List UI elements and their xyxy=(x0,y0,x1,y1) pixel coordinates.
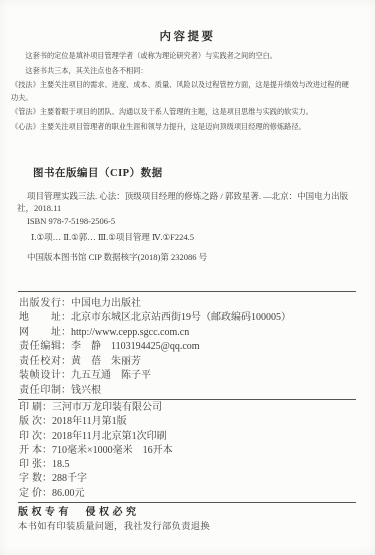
printing-row-label: 印张 xyxy=(19,458,42,472)
printing-row-value: 2018年11月北京第1次印刷 xyxy=(52,431,167,442)
publication-row-label: 装帧设计 xyxy=(19,369,61,384)
printing-row: 印刷：三河市万龙印装有限公司 xyxy=(19,401,367,415)
colon-separator: ： xyxy=(61,327,71,338)
colon-separator: ： xyxy=(42,416,52,427)
publication-row-value: http://www.cepp.sgcc.com.cn xyxy=(71,327,189,338)
printing-row-value: 710毫米×1000毫米 16开本 xyxy=(52,445,173,456)
colon-separator: ： xyxy=(61,385,71,396)
colon-separator: ： xyxy=(42,431,52,442)
publication-row-value: 北京市东城区北京站西街19号（邮政编码100005） xyxy=(71,312,291,323)
printing-row-label: 印刷 xyxy=(19,401,42,415)
cip-isbn: ISBN 978-7-5198-2506-5 xyxy=(27,216,367,227)
colon-separator: ： xyxy=(42,473,52,484)
copyright-notice: 版权专有 侵权必究 xyxy=(18,506,358,520)
printing-row-label: 印次 xyxy=(19,430,42,444)
printing-row: 印张：18.5 xyxy=(19,458,367,472)
summary-paragraph: 《技法》主要关注项目的需求、进度、成本、质量、风险以及过程管控方面，这是提升绩效… xyxy=(11,79,368,104)
printing-row-value: 18.5 xyxy=(52,459,70,470)
cip-entry: 项目管理实践三法. 心法：顶级项目经理的修炼之路 / 郭致星著. —北京：中国电… xyxy=(17,190,367,214)
publication-row: 网址：http://www.cepp.sgcc.com.cn xyxy=(19,326,367,341)
printing-row-value: 288千字 xyxy=(52,473,87,484)
printing-row: 定价：86.00元 xyxy=(19,487,367,501)
printing-info-list: 印刷：三河市万龙印装有限公司 版次：2018年11月第1版 印次：2018年11… xyxy=(19,401,367,501)
publication-row-label: 地址 xyxy=(19,311,61,326)
publication-row: 装帧设计：九五互通 陈子平 xyxy=(19,369,367,384)
printing-row: 版次：2018年11月第1版 xyxy=(19,415,367,429)
cip-classification: Ⅰ.①项… Ⅱ.①郭… Ⅲ.①项目管理 Ⅳ.①F224.5 xyxy=(31,231,367,243)
publication-row: 地址：北京市东城区北京站西街19号（邮政编码100005） xyxy=(19,311,367,326)
printing-row-label: 定价 xyxy=(19,487,42,501)
colon-separator: ： xyxy=(42,488,52,499)
summary-paragraph: 《管法》主要着眼于项目的团队、沟通以及干系人管理的主题，这是项目思维与实践的软实… xyxy=(11,106,368,119)
publication-row-label: 责任编辑 xyxy=(19,340,61,355)
colon-separator: ： xyxy=(61,370,71,381)
printing-row: 印次：2018年11月北京第1次印刷 xyxy=(19,430,367,444)
colon-separator: ： xyxy=(61,298,71,309)
printing-row-label: 版次 xyxy=(19,415,42,429)
publication-row-value: 九五互通 陈子平 xyxy=(71,370,151,381)
publication-row-value: 钱兴根 xyxy=(71,385,101,396)
publication-row-label: 责任校对 xyxy=(19,355,61,370)
book-copyright-page: 内容提要 这套书的定位是填补项目管理学者（或称为理论研究者）与实践者之间的空白。… xyxy=(0,0,375,555)
colon-separator: ： xyxy=(61,356,71,367)
divider xyxy=(18,502,356,503)
printing-row: 字数：288千字 xyxy=(19,472,367,486)
printing-row-value: 三河市万龙印装有限公司 xyxy=(52,402,162,413)
publication-info-list: 出版发行：中国电力出版社 地址：北京市东城区北京站西街19号（邮政编码10000… xyxy=(19,297,367,399)
cip-record-number: 中国版本图书馆 CIP 数据核字(2018)第 232086 号 xyxy=(27,251,367,263)
publication-row: 责任印制：钱兴根 xyxy=(19,384,367,399)
publication-row-value: 中国电力出版社 xyxy=(71,298,141,309)
summary-paragraph: 《心法》主要关注项目管理者的职业生涯和领导力提升，这是迈向顶级项目经理的修炼路径… xyxy=(11,121,368,134)
publication-row-label: 网址 xyxy=(19,326,61,341)
colon-separator: ： xyxy=(61,341,71,352)
printing-row-value: 2018年11月第1版 xyxy=(52,416,127,427)
printing-row: 开本：710毫米×1000毫米 16开本 xyxy=(19,444,367,458)
divider xyxy=(18,399,356,400)
colon-separator: ： xyxy=(42,459,52,470)
summary-title: 内容提要 xyxy=(0,31,375,44)
copyright-section: 版权专有 侵权必究 本书如有印装质量问题，我社发行部负责退换 xyxy=(18,506,358,534)
summary-paragraph: 这套书的定位是填补项目管理学者（或称为理论研究者）与实践者之间的空白。 xyxy=(11,50,368,63)
divider xyxy=(18,291,356,292)
colon-separator: ： xyxy=(61,312,71,323)
returns-notice: 本书如有印装质量问题，我社发行部负责退换 xyxy=(18,520,358,534)
publication-row: 责任编辑：李 静 1103194425@qq.com xyxy=(19,340,367,355)
summary-paragraph: 这套书共三本，其关注点也各不相同： xyxy=(11,65,368,78)
cip-heading: 图书在版编目（CIP）数据 xyxy=(33,168,367,180)
publication-row-label: 责任印制 xyxy=(19,384,61,399)
colon-separator: ： xyxy=(42,402,52,413)
publication-row-label: 出版发行 xyxy=(19,297,61,312)
publication-row-value: 黄 蓓 朱丽芳 xyxy=(71,356,141,367)
printing-row-label: 字数 xyxy=(19,472,42,486)
publication-row: 责任校对：黄 蓓 朱丽芳 xyxy=(19,355,367,370)
publication-row-value: 李 静 1103194425@qq.com xyxy=(71,341,200,352)
printing-row-value: 86.00元 xyxy=(52,488,85,499)
cip-section: 图书在版编目（CIP）数据 项目管理实践三法. 心法：顶级项目经理的修炼之路 /… xyxy=(17,168,367,263)
colon-separator: ： xyxy=(42,445,52,456)
printing-row-label: 开本 xyxy=(19,444,42,458)
summary-section: 这套书的定位是填补项目管理学者（或称为理论研究者）与实践者之间的空白。 这套书共… xyxy=(11,50,368,135)
publication-row: 出版发行：中国电力出版社 xyxy=(19,297,367,312)
